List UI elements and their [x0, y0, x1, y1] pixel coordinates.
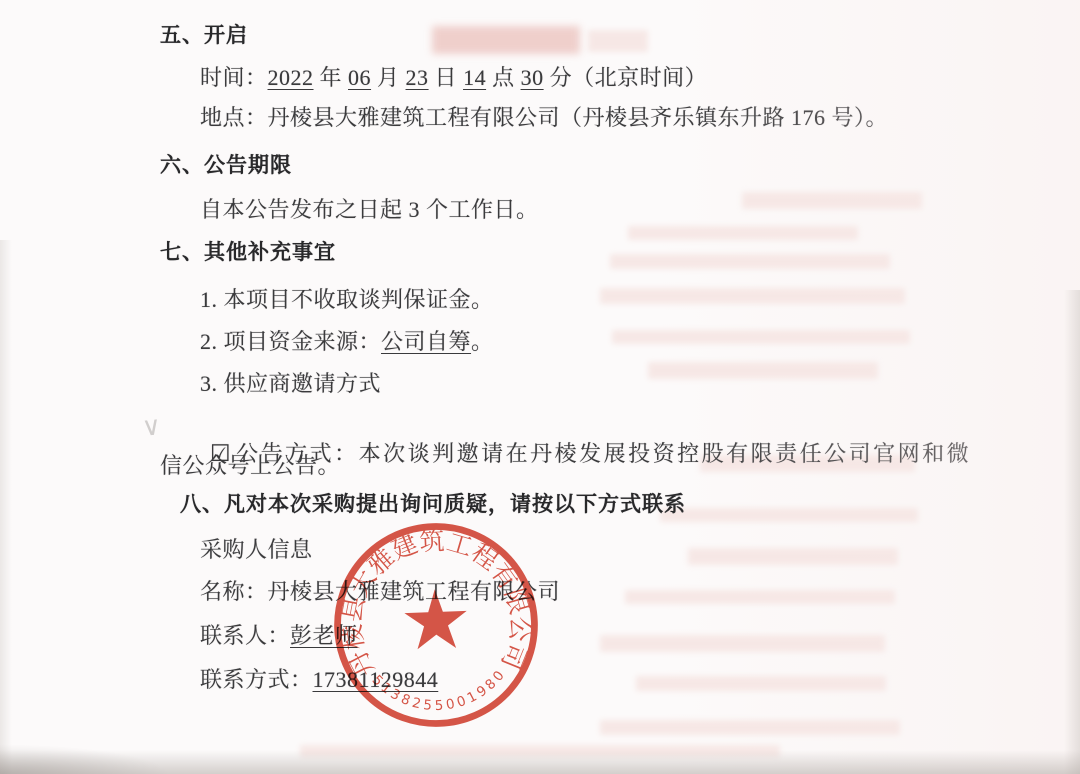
bleed-through-artifact [612, 330, 910, 344]
section-6-heading: 六、公告期限 [160, 150, 292, 180]
text-segment: 年 [314, 65, 349, 90]
text-segment: 联系人： [200, 623, 290, 648]
bleed-through-artifact [600, 635, 885, 652]
opening-time-line: 时间：2022 年 06 月 23 日 14 点 30 分（北京时间） [200, 63, 707, 93]
section-7-heading: 七、其他补充事宜 [160, 237, 336, 267]
underlined-value: 06 [348, 65, 371, 90]
bleed-through-artifact [600, 288, 905, 304]
underlined-value: 23 [406, 65, 429, 90]
scan-corner-shadow [0, 744, 170, 774]
scan-artifact-mark: ∨ [140, 411, 162, 443]
section-5-heading: 五、开启 [160, 20, 248, 50]
supplement-item-3: 3. 供应商邀请方式 [200, 369, 381, 399]
bleed-through-artifact [636, 676, 886, 691]
bleed-through-artifact [648, 362, 878, 379]
bleed-through-artifact [688, 548, 898, 565]
text-segment: 月 [371, 65, 406, 90]
supplement-item-2: 2. 项目资金来源：公司自筹。 [200, 327, 494, 357]
underlined-value: 14 [463, 65, 486, 90]
bleed-through-artifact [742, 192, 922, 209]
bleed-through-artifact [432, 26, 580, 54]
company-seal-stamp: 丹棱县大雅建筑工程有限公司 5138255001980 [321, 510, 551, 740]
text-segment: 分（北京时间） [544, 65, 708, 90]
announcement-method-wrap-line: 信公众号上公告。 [160, 451, 340, 481]
bleed-through-artifact [625, 590, 895, 604]
underlined-value: 30 [521, 65, 544, 90]
text-segment: 2. 项目资金来源： [200, 329, 381, 354]
bleed-through-artifact [610, 254, 890, 269]
stamp-star-icon [404, 588, 468, 650]
text-segment: 联系方式： [200, 667, 313, 692]
text-segment: 点 [486, 65, 521, 90]
scanned-document-page: 五、开启 时间：2022 年 06 月 23 日 14 点 30 分（北京时间）… [0, 0, 1080, 774]
bleed-through-artifact [588, 30, 648, 52]
scan-edge-left [0, 240, 12, 774]
text-segment: 。 [471, 329, 494, 354]
bleed-through-artifact [660, 508, 918, 522]
buyer-info-label: 采购人信息 [200, 535, 313, 565]
bleed-through-artifact [628, 226, 858, 240]
text-segment: 时间： [200, 65, 268, 90]
underlined-value: 2022 [268, 65, 314, 90]
bleed-through-artifact [600, 720, 900, 735]
text-segment: 日 [429, 65, 464, 90]
scan-edge-right [1064, 290, 1080, 774]
opening-location-line: 地点：丹棱县大雅建筑工程有限公司（丹棱县齐乐镇东升路 176 号）。 [200, 103, 888, 133]
announcement-method-text: 公告方式：本次谈判邀请在丹棱发展投资控股有限责任公司官网和微 [236, 441, 971, 466]
supplement-item-1: 1. 本项目不收取谈判保证金。 [200, 285, 494, 315]
announcement-period-line: 自本公告发布之日起 3 个工作日。 [200, 195, 539, 225]
underlined-value: 公司自筹 [381, 329, 471, 354]
